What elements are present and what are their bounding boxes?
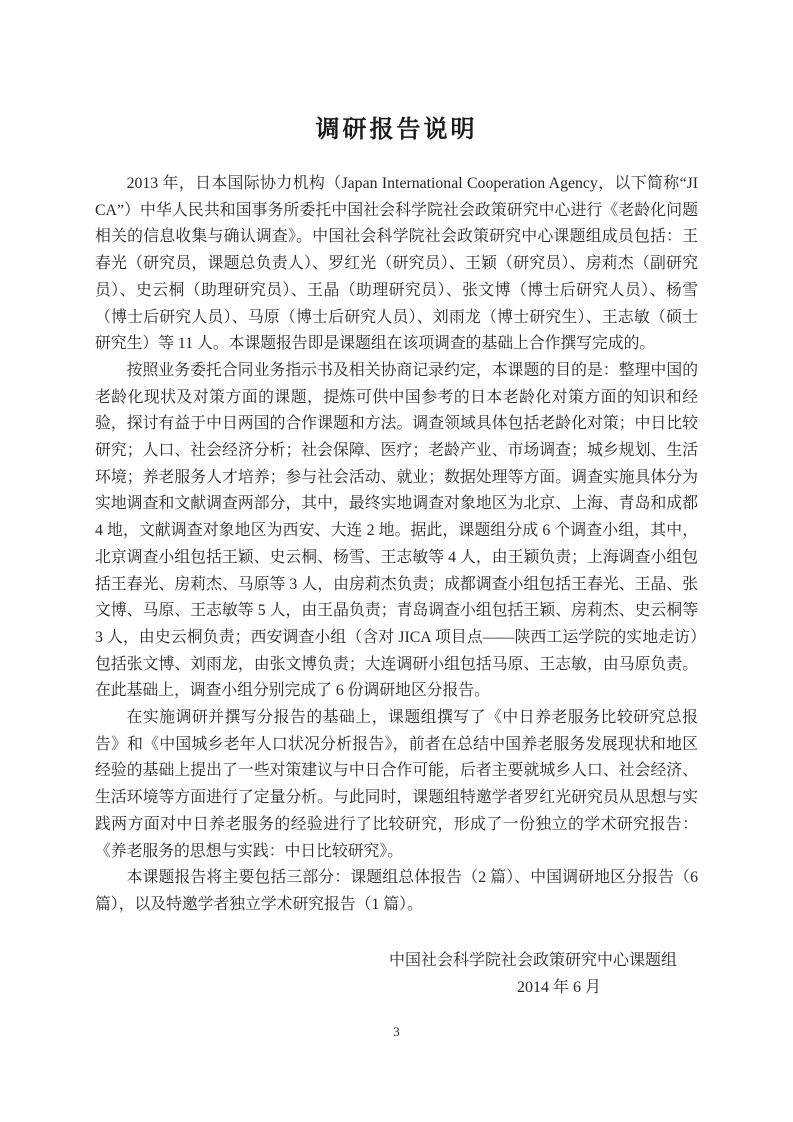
paragraph-reports: 在实施调研并撰写分报告的基础上，课题组撰写了《中日养老服务比较研究总报告》和《中…: [95, 705, 698, 865]
document-page: 调研报告说明 2013 年，日本国际协力机构（Japan Internation…: [0, 0, 793, 1122]
signature-organization: 中国社会科学院社会政策研究中心课题组: [95, 947, 698, 974]
paragraph-structure: 本课题报告将主要包括三部分：课题组总体报告（2 篇）、中国调研地区分报告（6 篇…: [95, 865, 698, 918]
page-title: 调研报告说明: [95, 112, 698, 148]
text-block: 调研报告说明 2013 年，日本国际协力机构（Japan Internation…: [95, 0, 698, 1002]
signature-block: 中国社会科学院社会政策研究中心课题组 2014 年 6 月: [95, 947, 698, 1002]
paragraph-intro-members: 2013 年，日本国际协力机构（Japan International Coop…: [95, 171, 698, 358]
paragraph-purpose-groups: 按照业务委托合同业务指示书及相关协商记录约定，本课题的目的是：整理中国的老龄化现…: [95, 358, 698, 705]
signature-date: 2014 年 6 月: [95, 974, 698, 1002]
page-number: 3: [0, 1024, 793, 1040]
